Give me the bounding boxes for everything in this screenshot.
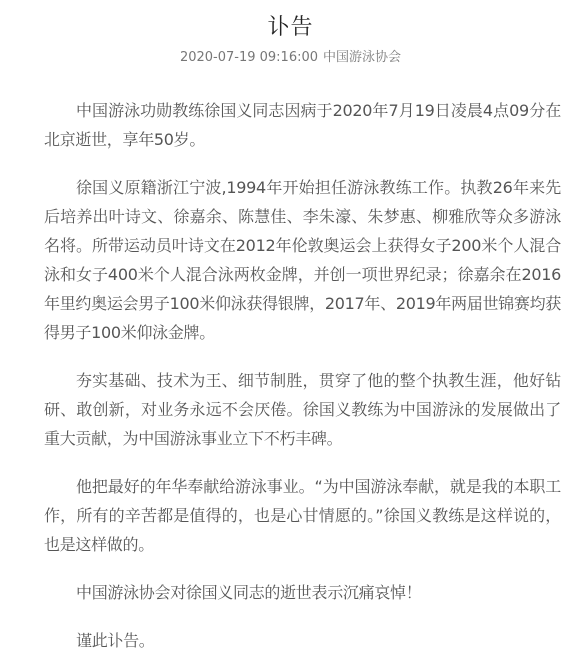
paragraph-dedication: 他把最好的年华奉献给游泳事业。“为中国游泳奉献，就是我的本职工作，所有的辛苦都是… xyxy=(44,472,561,559)
obituary-page: 讣告 2020-07-19 09:16:00中国游泳协会 中国游泳功勋教练徐国义… xyxy=(0,0,581,666)
article-body: 中国游泳功勋教练徐国义同志因病于2020年7月19日凌晨4点09分在北京逝世，享… xyxy=(44,96,561,666)
paragraph-closing: 谨此讣告。 xyxy=(44,626,561,655)
source-name: 中国游泳协会 xyxy=(323,50,401,65)
paragraph-death-notice: 中国游泳功勋教练徐国义同志因病于2020年7月19日凌晨4点09分在北京逝世，享… xyxy=(44,96,561,154)
publish-date: 2020-07-19 09:16:00 xyxy=(180,50,318,65)
article-meta: 2020-07-19 09:16:00中国游泳协会 xyxy=(0,48,581,68)
paragraph-career: 徐国义原籍浙江宁波,1994年开始担任游泳教练工作。执教26年来先后培养出叶诗文… xyxy=(44,173,561,347)
paragraph-philosophy: 夯实基础、技术为王、细节制胜，贯穿了他的整个执教生涯，他好钻研、敢创新，对业务永… xyxy=(44,366,561,453)
paragraph-condolence: 中国游泳协会对徐国义同志的逝世表示沉痛哀悼！ xyxy=(44,578,561,607)
article-title: 讣告 xyxy=(0,12,581,44)
